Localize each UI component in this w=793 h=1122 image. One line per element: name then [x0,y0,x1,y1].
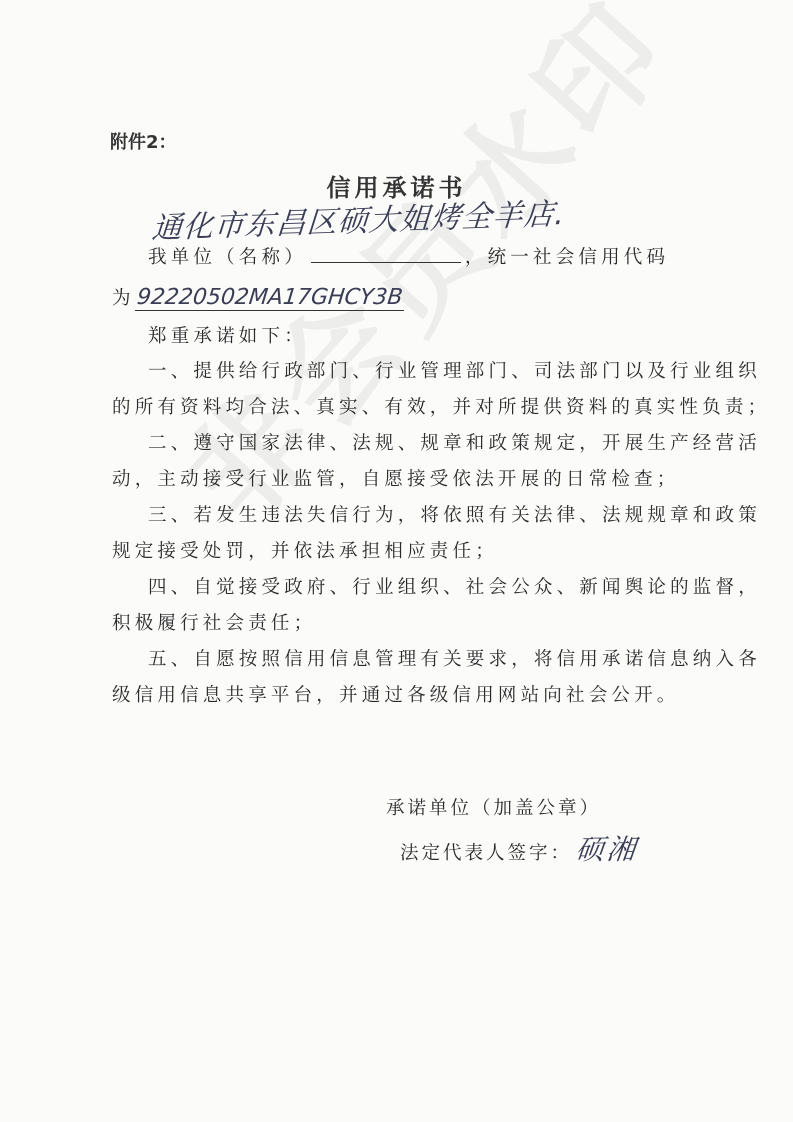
clause-3-line-2: 规定接受处罚，并依法承担相应责任； [0,537,793,563]
code-prefix: 为 [112,288,135,309]
representative-label: 法定代表人签字： [400,843,572,864]
intro-line: 我单位（名称），统一社会信用代码 [0,243,793,269]
code-line: 为92220502MA17GHCY3B [0,284,793,311]
representative-signature-line: 法定代表人签字：硕湘 [400,828,638,868]
clause-4-line-1: 四、自觉接受政府、行业组织、社会公众、新闻舆论的监督， [0,573,793,599]
clause-2-line-1: 二、遵守国家法律、法规、规章和政策规定，开展生产经营活 [0,429,793,455]
clause-3-line-1: 三、若发生违法失信行为，将依照有关法律、法规规章和政策 [0,501,793,527]
intro-suffix: ，统一社会信用代码 [465,247,669,268]
clause-1-line-1: 一、提供给行政部门、行业管理部门、司法部门以及行业组织 [0,357,793,383]
clause-5-line-1: 五、自愿按照信用信息管理有关要求，将信用承诺信息纳入各 [0,645,793,671]
intro-prefix: 我单位（名称） [148,247,307,268]
handwritten-signature: 硕湘 [574,828,640,868]
clause-1-line-2: 的所有资料均合法、真实、有效，并对所提供资料的真实性负责； [0,393,793,419]
clause-4-line-2: 积极履行社会责任； [0,609,793,635]
unit-name-blank [311,244,461,263]
unit-seal-label: 承诺单位（加盖公章） [386,794,601,820]
credit-code-field: 92220502MA17GHCY3B [135,285,404,311]
handwritten-credit-code: 92220502MA17GHCY3B [135,285,403,310]
clause-5-line-2: 级信用信息共享平台，并通过各级信用网站向社会公开。 [0,681,793,707]
clause-2-line-2: 动，主动接受行业监管，自愿接受依法开展的日常检查； [0,465,793,491]
attachment-label: 附件2： [110,128,177,154]
promise-heading: 郑重承诺如下： [0,322,793,348]
